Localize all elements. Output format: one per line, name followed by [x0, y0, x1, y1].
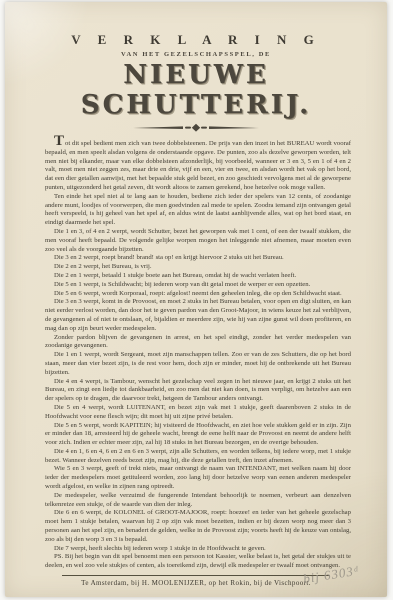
- title-block: V E R K L A R I N G VAN HET GEZELSCHAPSS…: [5, 2, 387, 132]
- paragraph: Die 2 en 1 werpt, betaald 1 stukje boete…: [45, 272, 351, 281]
- paragraph: Die 7 werpt, heeft slechts bij iederen w…: [45, 545, 351, 554]
- paragraph: Tot dit spel bedient men zich van twee d…: [45, 138, 351, 193]
- paragraph: Die 4 en 4 werpt, is Tambour, wenscht he…: [45, 378, 351, 404]
- paragraph: Die 5 en 1 werpt, is Schildwacht; bij ie…: [45, 281, 351, 290]
- paragraph: Die 2 en 2 werpt, het Bureau, is vrij.: [45, 263, 351, 272]
- paragraph: Die 1 en 1 werpt, wordt Sergeant, moet z…: [45, 351, 351, 377]
- scan-background: V E R K L A R I N G VAN HET GEZELSCHAPSS…: [0, 0, 393, 600]
- paragraph: De medespeler, welke verzuimd de fungere…: [45, 492, 351, 510]
- paragraph: Die 5 en 6 werpt, wordt Korporaal, roept…: [45, 290, 351, 299]
- paragraph: Die 4 en 1, 6 en 4, 6 en 2 en 6 en 3 wer…: [45, 448, 351, 466]
- paragraph: Die 3 en 3 werpt, komt in de Provoost, e…: [45, 298, 351, 333]
- paragraph: PS. Bij het begin van dit spel benoemt m…: [45, 553, 351, 571]
- page-title: NIEUWE SCHUTTERIJ.: [5, 60, 387, 120]
- ornament-divider-icon: [131, 123, 261, 132]
- title-kicker: V E R K L A R I N G: [5, 32, 387, 48]
- paragraph: Die 1 en 3, of 4 en 2 werpt, wordt Schut…: [45, 228, 351, 254]
- broadside-sheet: V E R K L A R I N G VAN HET GEZELSCHAPSS…: [5, 2, 387, 597]
- paragraph: Die 6 en 6 werpt, de KOLONEL of GROOT-MA…: [45, 509, 351, 544]
- paragraph: Zonder pardon blijven de gevangenen in a…: [45, 334, 351, 352]
- imprint-divider: [62, 575, 330, 576]
- paragraph: Die 3 en 2 werpt, roept brand! brand! st…: [45, 254, 351, 263]
- title-subtitle: VAN HET GEZELSCHAPSSPEL, DE: [5, 51, 387, 58]
- paragraph: Die 5 en 4 werpt, wordt LUITENANT, en be…: [45, 404, 351, 422]
- rules-text: Tot dit spel bedient men zich van twee d…: [45, 138, 351, 571]
- paragraph: Die 5 en 5 werpt, wordt KAPITEIN; hij vi…: [45, 422, 351, 448]
- paragraph: Ten einde het spel niet al te lang aan t…: [45, 193, 351, 228]
- paragraph: Wie 5 en 3 werpt, geeft of trekt niets, …: [45, 465, 351, 491]
